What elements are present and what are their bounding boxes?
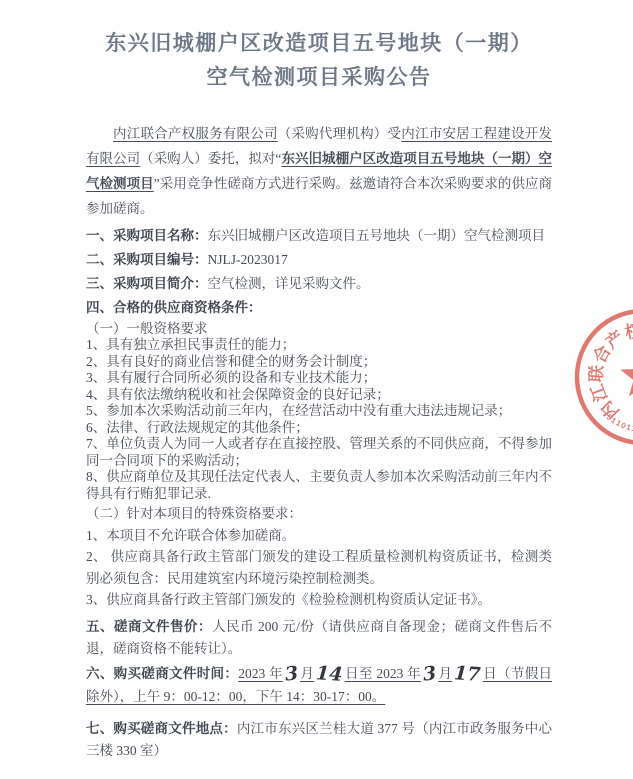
document-title: 东兴旧城棚户区改造项目五号地块（一期） 空气检测项目采购公告 [86, 26, 552, 94]
special-requirement-item: 2、 供应商具备行政主管部门颁发的建设工程质量检测机构资质证书，检测类别必须包含… [86, 546, 552, 589]
section-1-project-name: 一、采购项目名称：东兴旧城棚户区改造项目五号地块（一期）空气检测项目 [86, 224, 552, 248]
intro-tail-text: ”采用竞争性磋商方式进行采购。兹邀请符合本次采购要求的供应商参加磋商。 [86, 176, 552, 216]
agency-role-text: （采购代理机构）受 [278, 126, 402, 141]
section-1-label: 一、采购项目名称： [86, 228, 208, 243]
special-requirement-item: 3、供应商具备行政主管部门颁发的《检验检测机构资质认定证书》。 [86, 589, 552, 611]
section-2-project-number: 二、采购项目编号：NJLJ-2023017 [86, 248, 552, 272]
general-requirements: （一）一般资格要求 1、具有独立承担民事责任的能力； 2、具有良好的商业信誉和健… [86, 320, 552, 502]
section-6-label: 六、购买磋商文件时间： [86, 666, 238, 681]
section-5-label: 五、磋商文件售价： [86, 619, 212, 634]
general-requirement-item: 5、参加本次采购活动前三年内，在经营活动中没有重大违法违规记录； [86, 403, 552, 420]
date-text-part: 日至 2023 年 [345, 666, 421, 681]
general-requirement-item: 4、具有依法缴纳税收和社会保障资金的良好记录； [86, 387, 552, 404]
section-4-label: 四、合格的供应商资格条件： [86, 300, 262, 315]
general-requirement-item: 3、具有履行合同所必须的设备和专业技术能力； [86, 370, 552, 387]
date-text-part: 月 [438, 666, 452, 681]
section-5-document-price: 五、磋商文件售价：人民币 200 元/份（请供应商自备现金；磋商文件售后不退，磋… [86, 616, 552, 661]
section-6-purchase-time: 六、购买磋商文件时间：2023 年3月14日至 2023 年3月17日（节假日除… [86, 662, 552, 708]
document-title-line-2: 空气检测项目采购公告 [86, 60, 552, 94]
handwritten-month-1: 3 [284, 664, 299, 684]
general-requirement-item: 1、具有独立承担民事责任的能力； [86, 337, 552, 354]
date-text-part: 2023 年 [238, 666, 283, 681]
general-requirement-item: 7、单位负责人为同一人或者存在直接控股、管理关系的不同供应商，不得参加同一合同项… [86, 436, 552, 469]
date-text-part: 月 [300, 666, 314, 681]
general-requirement-item: 2、具有良好的商业信誉和健全的财务会计制度； [86, 354, 552, 371]
delegate-text: （采购人）委托，拟对“ [140, 151, 281, 166]
special-requirements: （二）针对本项目的特殊资格要求： 1、本项目不允许联合体参加磋商。 2、 供应商… [86, 503, 552, 611]
intro-paragraph: 内江联合产权服务有限公司（采购代理机构）受内江市安居工程建设开发有限公司（采购人… [86, 121, 552, 221]
general-requirement-item: 8、供应商单位及其现任法定代表人、主要负责人参加本次采购活动前三年内不得具有行贿… [86, 469, 552, 502]
handwritten-day-1: 14 [316, 664, 344, 685]
special-requirement-item: 1、本项目不允许联合体参加磋商。 [86, 525, 552, 547]
section-7-purchase-location: 七、购买磋商文件地点：内江市东兴区兰桂大道 377 号（内江市政务服务中心三楼 … [86, 718, 552, 762]
handwritten-day-2: 17 [454, 664, 482, 685]
general-requirements-heading: （一）一般资格要求 [86, 320, 552, 337]
handwritten-month-2: 3 [422, 664, 437, 684]
special-requirements-heading: （二）针对本项目的特殊资格要求： [86, 503, 552, 525]
section-3-project-brief: 三、采购项目简介：空气检测，详见采购文件。 [86, 272, 552, 296]
section-2-label: 二、采购项目编号： [86, 252, 208, 267]
section-2-value: NJLJ-2023017 [208, 252, 288, 267]
document-title-line-1: 东兴旧城棚户区改造项目五号地块（一期） [86, 26, 552, 60]
numbered-sections: 一、采购项目名称：东兴旧城棚户区改造项目五号地块（一期）空气检测项目 二、采购项… [86, 224, 552, 320]
section-1-value: 东兴旧城棚户区改造项目五号地块（一期）空气检测项目 [208, 228, 546, 243]
seal-arc-character: 联 [586, 365, 607, 383]
section-3-value: 空气检测，详见采购文件。 [208, 276, 370, 291]
section-7-label: 七、购买磋商文件地点： [86, 721, 237, 736]
general-requirement-item: 6、法律、行政法规规定的其他条件； [86, 420, 552, 437]
section-3-label: 三、采购项目简介： [86, 276, 208, 291]
company-seal: 内 江 联 合 产 权 服 务 有 限 公 司 5 1 1 0 1 1 8 [538, 272, 633, 482]
document-content: 东兴旧城棚户区改造项目五号地块（一期） 空气检测项目采购公告 内江联合产权服务有… [86, 26, 552, 762]
seal-star-icon [620, 353, 633, 396]
agency-name: 内江联合产权服务有限公司 [113, 126, 278, 141]
scanned-procurement-notice-page: 东兴旧城棚户区改造项目五号地块（一期） 空气检测项目采购公告 内江联合产权服务有… [0, 0, 633, 779]
section-4-qualifications: 四、合格的供应商资格条件： [86, 296, 552, 320]
